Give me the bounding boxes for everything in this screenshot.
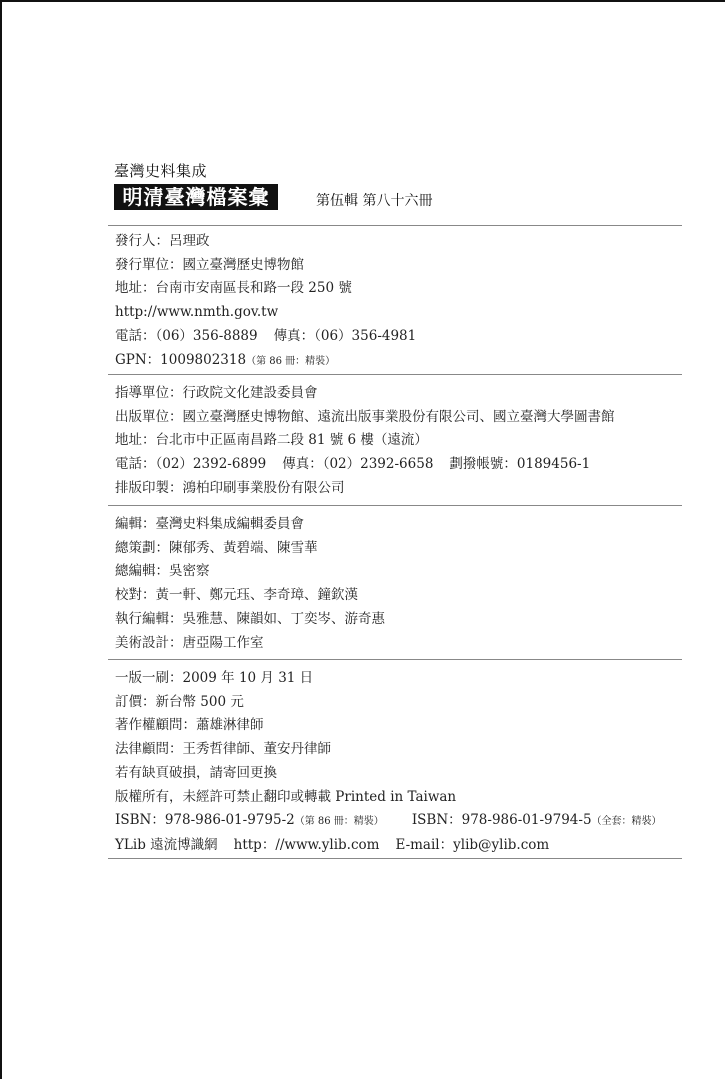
copyright-advisor-line: 著作權顧問：蕭雄淋律師 <box>115 714 685 738</box>
issuing-unit-line: 發行單位：國立臺灣歷史博物館 <box>115 254 685 278</box>
art-design-line: 美術設計：唐亞陽工作室 <box>115 632 685 656</box>
isbn-set-note: （全套：精裝） <box>592 816 662 827</box>
gpn-note: （第 86 冊：精裝） <box>246 356 335 367</box>
first-printing-line: 一版一刷：2009 年 10 月 31 日 <box>115 667 685 691</box>
chief-editor-line: 總編輯：吳密察 <box>115 560 685 584</box>
page-edge-left <box>0 0 2 1079</box>
contact-line: 電話：（02）2392-6899傳真：（02）2392-6658劃撥帳號：018… <box>115 453 685 477</box>
ylib-line: YLib 遠流博識網http：//www.ylib.comE-mail：ylib… <box>115 834 685 858</box>
divider-rule <box>108 505 682 506</box>
general-planners-line: 總策劃：陳郁秀、黃碧端、陳雪華 <box>115 537 685 561</box>
phone-text: 電話：（02）2392-6899 <box>115 456 266 472</box>
isbn-volume-note: （第 86 冊：精裝） <box>295 816 384 827</box>
isbn-line: ISBN：978-986-01-9795-2（第 86 冊：精裝）ISBN：97… <box>115 809 685 834</box>
publication-section: 一版一刷：2009 年 10 月 31 日 訂價：新台幣 500 元 著作權顧問… <box>115 667 685 858</box>
printed-in-text: Printed in Taiwan <box>335 789 456 805</box>
website-link[interactable]: http://www.nmth.gov.tw <box>115 301 685 325</box>
publishing-units-line: 出版單位：國立臺灣歷史博物館、遠流出版事業股份有限公司、國立臺灣大學圖書館 <box>115 406 685 430</box>
supervising-unit-line: 指導單位：行政院文化建設委員會 <box>115 382 685 406</box>
phone-text: 電話：（06）356-8889 <box>115 328 258 344</box>
rights-notice: 版權所有，未經許可禁止翻印或轉載 <box>115 789 331 805</box>
executive-editors-line: 執行編輯：吳雅慧、陳韻如、丁奕岑、游奇惠 <box>115 608 685 632</box>
rights-line: 版權所有，未經許可禁止翻印或轉載 Printed in Taiwan <box>115 786 685 810</box>
publisher-line: 發行人：呂理政 <box>115 230 685 254</box>
production-section: 指導單位：行政院文化建設委員會 出版單位：國立臺灣歷史博物館、遠流出版事業股份有… <box>115 382 685 501</box>
fax-text: 傳真：（02）2392-6658 <box>282 456 433 472</box>
divider-rule <box>108 659 682 660</box>
typesetting-line: 排版印製：鴻柏印刷事業股份有限公司 <box>115 477 685 501</box>
gpn-line: GPN：1009802318（第 86 冊：精裝） <box>115 349 685 374</box>
postal-account-text: 劃撥帳號：0189456-1 <box>449 456 590 472</box>
isbn-set: ISBN：978-986-01-9794-5 <box>412 812 592 828</box>
publisher-section: 發行人：呂理政 發行單位：國立臺灣歷史博物館 地址：台南市安南區長和路一段 25… <box>115 230 685 373</box>
page-edge-top <box>0 0 725 2</box>
legal-advisors-line: 法律顧問：王秀哲律師、董安丹律師 <box>115 738 685 762</box>
address-line: 地址：台南市安南區長和路一段 250 號 <box>115 277 685 301</box>
price-line: 訂價：新台幣 500 元 <box>115 691 685 715</box>
proofreaders-line: 校對：黃一軒、鄭元珏、李奇璋、鐘欽漢 <box>115 584 685 608</box>
isbn-volume: ISBN：978-986-01-9795-2 <box>115 812 295 828</box>
editor-line: 編輯：臺灣史料集成編輯委員會 <box>115 513 685 537</box>
address-line: 地址：台北市中正區南昌路二段 81 號 6 樓（遠流） <box>115 429 685 453</box>
ylib-url-link[interactable]: http：//www.ylib.com <box>234 837 380 853</box>
ylib-email-link[interactable]: E-mail：ylib@ylib.com <box>395 837 549 853</box>
divider-rule <box>108 374 682 375</box>
defect-notice-line: 若有缺頁破損，請寄回更換 <box>115 762 685 786</box>
volume-label: 第伍輯 第八十六冊 <box>316 190 432 210</box>
editorial-section: 編輯：臺灣史料集成編輯委員會 總策劃：陳郁秀、黃碧端、陳雪華 總編輯：吳密察 校… <box>115 513 685 655</box>
fax-text: 傳真：（06）356-4981 <box>274 328 417 344</box>
series-title: 臺灣史料集成 <box>114 160 207 181</box>
ylib-label: YLib 遠流博識網 <box>115 837 218 853</box>
book-title: 明清臺灣檔案彙編 <box>114 184 278 210</box>
contact-line: 電話：（06）356-8889傳真：（06）356-4981 <box>115 325 685 349</box>
divider-rule <box>108 225 682 226</box>
divider-rule <box>108 858 682 859</box>
gpn-text: GPN：1009802318 <box>115 352 246 368</box>
